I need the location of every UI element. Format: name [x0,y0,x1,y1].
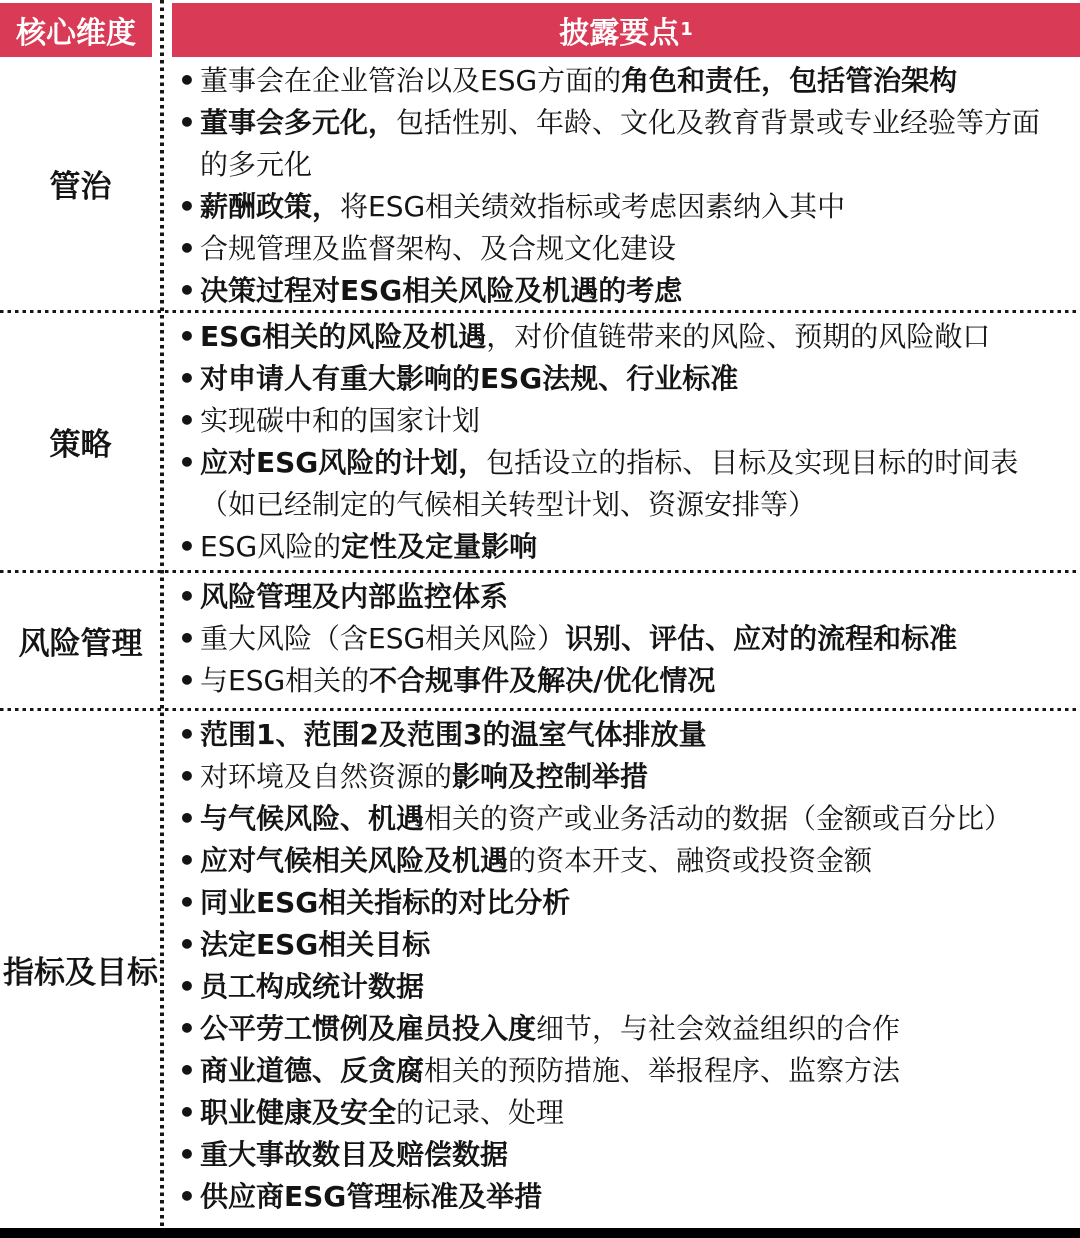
table-row: 管治•董事会在企业管治以及ESG方面的角色和责任，包括管治架构•董事会多元化，包… [0,57,1080,310]
text-segment: （如已经制定的气候相关转型计划、资源安排等） [200,488,816,521]
text-segment-bold: 识别、评估、应对的流程和标准 [565,622,957,655]
bullet-icon: • [178,442,200,526]
text-segment: 的多元化 [200,148,312,181]
header-core-dimension: 核心维度 [0,3,152,57]
bullet-icon: • [178,1134,200,1176]
text-segment-bold: 决策过程对ESG相关风险及机遇的考虑 [200,274,682,307]
list-item: •对申请人有重大影响的ESG法规、行业标准 [178,358,1072,400]
text-segment-bold: 商业道德、反贪腐 [200,1054,424,1087]
list-item: •职业健康及安全的记录、处理 [178,1092,1072,1134]
bullet-icon: • [178,270,200,310]
bullet-icon: • [178,228,200,270]
bullet-icon: • [178,1008,200,1050]
list-item: •员工构成统计数据 [178,966,1072,1008]
list-item: •决策过程对ESG相关风险及机遇的考虑 [178,270,1072,310]
text-segment-bold: ESG相关的风险及机遇 [200,320,486,353]
bullet-icon: • [178,60,200,102]
header-disclosure-label: 披露要点 [559,8,679,52]
table-row: 指标及目标•范围1、范围2及范围3的温室气体排放量•对环境及自然资源的影响及控制… [0,711,1080,1227]
header-column-gap [152,3,172,57]
list-item: •ESG风险的定性及定量影响 [178,526,1072,568]
list-item: •合规管理及监督架构、及合规文化建设 [178,228,1072,270]
dimension-label: 策略 [0,313,161,570]
text-segment-bold: 定性及定量影响 [341,530,537,563]
list-item-text: 重大风险（含ESG相关风险）识别、评估、应对的流程和标准 [200,618,1072,660]
text-segment-bold: 职业健康及安全 [200,1096,396,1129]
bullet-icon: • [178,1176,200,1218]
text-segment-bold: 应对气候相关风险及机遇 [200,844,508,877]
list-item: •与气候风险、机遇相关的资产或业务活动的数据（金额或百分比） [178,798,1072,840]
table-header-row: 核心维度 披露要点1 [0,3,1080,57]
list-item-text: 与气候风险、机遇相关的资产或业务活动的数据（金额或百分比） [200,798,1072,840]
text-segment-bold: 风险管理及内部监控体系 [200,580,508,613]
list-item-text: ESG相关的风险及机遇，对价值链带来的风险、预期的风险敞口 [200,316,1072,358]
bullet-icon: • [178,618,200,660]
dimension-label: 风险管理 [0,573,161,708]
text-segment: 相关的资产或业务活动的数据（金额或百分比） [424,802,1012,835]
table-row: 风险管理•风险管理及内部监控体系•重大风险（含ESG相关风险）识别、评估、应对的… [0,573,1080,708]
bullet-icon: • [178,840,200,882]
list-item-text: 范围1、范围2及范围3的温室气体排放量 [200,714,1072,756]
list-item: •同业ESG相关指标的对比分析 [178,882,1072,924]
text-segment: 合规管理及监督架构、及合规文化建设 [200,232,676,265]
text-segment: 重大风险（含ESG相关风险） [200,622,565,655]
text-segment: 的记录、处理 [396,1096,564,1129]
text-segment: ESG风险的 [200,530,341,563]
text-segment: ，对价值链带来的风险、预期的风险敞口 [486,320,990,353]
list-item-text: 董事会多元化，包括性别、年龄、文化及教育背景或专业经验等方面的多元化 [200,102,1072,186]
text-segment: 包括性别、年龄、文化及教育背景或专业经验等方面 [396,106,1040,139]
text-segment-bold: 同业ESG相关指标的对比分析 [200,886,570,919]
list-item: •范围1、范围2及范围3的温室气体排放量 [178,714,1072,756]
text-segment-bold: 影响及控制举措 [452,760,648,793]
text-segment: 细节，与社会效益组织的合作 [536,1012,900,1045]
list-item: •对环境及自然资源的影响及控制举措 [178,756,1072,798]
list-item: •应对气候相关风险及机遇的资本开支、融资或投资金额 [178,840,1072,882]
text-segment-bold: 薪酬政策， [200,190,340,223]
text-segment-bold: 范围1、范围2及范围3的温室气体排放量 [200,718,706,751]
list-item: •重大风险（含ESG相关风险）识别、评估、应对的流程和标准 [178,618,1072,660]
list-item-text: ESG风险的定性及定量影响 [200,526,1072,568]
bullet-icon: • [178,526,200,568]
dimension-label: 管治 [0,57,161,310]
disclosure-points-cell: •风险管理及内部监控体系•重大风险（含ESG相关风险）识别、评估、应对的流程和标… [161,573,1080,708]
list-item-text: 决策过程对ESG相关风险及机遇的考虑 [200,270,1072,310]
text-segment: 与ESG相关的 [200,664,369,697]
text-segment-bold: 董事会多元化， [200,106,396,139]
list-item: •薪酬政策，将ESG相关绩效指标或考虑因素纳入其中 [178,186,1072,228]
list-item-text: 风险管理及内部监控体系 [200,576,1072,618]
list-item: •董事会在企业管治以及ESG方面的角色和责任，包括管治架构 [178,60,1072,102]
bullet-icon: • [178,316,200,358]
bullet-icon: • [178,756,200,798]
list-item: •应对ESG风险的计划，包括设立的指标、目标及实现目标的时间表（如已经制定的气候… [178,442,1072,526]
disclosure-points-cell: •ESG相关的风险及机遇，对价值链带来的风险、预期的风险敞口•对申请人有重大影响… [161,313,1080,570]
list-item: •与ESG相关的不合规事件及解决/优化情况 [178,660,1072,702]
bullet-icon: • [178,966,200,1008]
text-segment: 将ESG相关绩效指标或考虑因素纳入其中 [340,190,845,223]
list-item: •商业道德、反贪腐相关的预防措施、举报程序、监察方法 [178,1050,1072,1092]
list-item-text: 供应商ESG管理标准及举措 [200,1176,1072,1218]
list-item-text: 应对ESG风险的计划，包括设立的指标、目标及实现目标的时间表（如已经制定的气候相… [200,442,1072,526]
bullet-icon: • [178,1092,200,1134]
text-segment: 对环境及自然资源的 [200,760,452,793]
bullet-icon: • [178,714,200,756]
list-item-text: 公平劳工惯例及雇员投入度细节，与社会效益组织的合作 [200,1008,1072,1050]
bullet-icon: • [178,576,200,618]
text-segment-bold: 与气候风险、机遇 [200,802,424,835]
list-item-text: 应对气候相关风险及机遇的资本开支、融资或投资金额 [200,840,1072,882]
list-item-text: 董事会在企业管治以及ESG方面的角色和责任，包括管治架构 [200,60,1072,102]
text-segment: 相关的预防措施、举报程序、监察方法 [424,1054,900,1087]
list-item: •ESG相关的风险及机遇，对价值链带来的风险、预期的风险敞口 [178,316,1072,358]
list-item: •供应商ESG管理标准及举措 [178,1176,1072,1218]
table-row: 策略•ESG相关的风险及机遇，对价值链带来的风险、预期的风险敞口•对申请人有重大… [0,313,1080,570]
list-item-text: 法定ESG相关目标 [200,924,1072,966]
list-item-text: 员工构成统计数据 [200,966,1072,1008]
text-segment-bold: 角色和责任，包括管治架构 [621,64,957,97]
list-item-text: 对环境及自然资源的影响及控制举措 [200,756,1072,798]
text-segment-bold: 公平劳工惯例及雇员投入度 [200,1012,536,1045]
dimension-label: 指标及目标 [0,711,161,1227]
text-segment: 实现碳中和的国家计划 [200,404,480,437]
bullet-icon: • [178,882,200,924]
list-item-text: 实现碳中和的国家计划 [200,400,1072,442]
disclosure-table: 核心维度 披露要点1 管治•董事会在企业管治以及ESG方面的角色和责任，包括管治… [0,0,1080,1238]
text-segment: 的资本开支、融资或投资金额 [508,844,872,877]
list-item: •实现碳中和的国家计划 [178,400,1072,442]
list-item-text: 与ESG相关的不合规事件及解决/优化情况 [200,660,1072,702]
text-segment-bold: 不合规事件及解决/优化情况 [369,664,715,697]
list-item-text: 商业道德、反贪腐相关的预防措施、举报程序、监察方法 [200,1050,1072,1092]
text-segment: 董事会在企业管治以及ESG方面的 [200,64,621,97]
list-item-text: 薪酬政策，将ESG相关绩效指标或考虑因素纳入其中 [200,186,1072,228]
list-item-text: 重大事故数目及赔偿数据 [200,1134,1072,1176]
disclosure-points-cell: •范围1、范围2及范围3的温室气体排放量•对环境及自然资源的影响及控制举措•与气… [161,711,1080,1227]
list-item-text: 合规管理及监督架构、及合规文化建设 [200,228,1072,270]
text-segment-bold: 员工构成统计数据 [200,970,424,1003]
text-segment: 包括设立的指标、目标及实现目标的时间表 [486,446,1018,479]
table-bottom-rule [0,1228,1080,1238]
list-item: •董事会多元化，包括性别、年龄、文化及教育背景或专业经验等方面的多元化 [178,102,1072,186]
list-item: •重大事故数目及赔偿数据 [178,1134,1072,1176]
text-segment-bold: 重大事故数目及赔偿数据 [200,1138,508,1171]
bullet-icon: • [178,102,200,186]
list-item: •法定ESG相关目标 [178,924,1072,966]
text-segment-bold: 法定ESG相关目标 [200,928,430,961]
bullet-icon: • [178,400,200,442]
bullet-icon: • [178,660,200,702]
bullet-icon: • [178,798,200,840]
list-item-text: 同业ESG相关指标的对比分析 [200,882,1072,924]
list-item-text: 对申请人有重大影响的ESG法规、行业标准 [200,358,1072,400]
text-segment-bold: 供应商ESG管理标准及举措 [200,1180,542,1213]
list-item-text: 职业健康及安全的记录、处理 [200,1092,1072,1134]
text-segment-bold: 对申请人有重大影响的ESG法规、行业标准 [200,362,738,395]
table-body: 管治•董事会在企业管治以及ESG方面的角色和责任，包括管治架构•董事会多元化，包… [0,57,1080,1227]
bullet-icon: • [178,924,200,966]
bullet-icon: • [178,186,200,228]
bullet-icon: • [178,1050,200,1092]
disclosure-points-cell: •董事会在企业管治以及ESG方面的角色和责任，包括管治架构•董事会多元化，包括性… [161,57,1080,310]
list-item: •公平劳工惯例及雇员投入度细节，与社会效益组织的合作 [178,1008,1072,1050]
bullet-icon: • [178,358,200,400]
text-segment-bold: 应对ESG风险的计划， [200,446,486,479]
header-disclosure-points: 披露要点1 [172,3,1080,57]
list-item: •风险管理及内部监控体系 [178,576,1072,618]
